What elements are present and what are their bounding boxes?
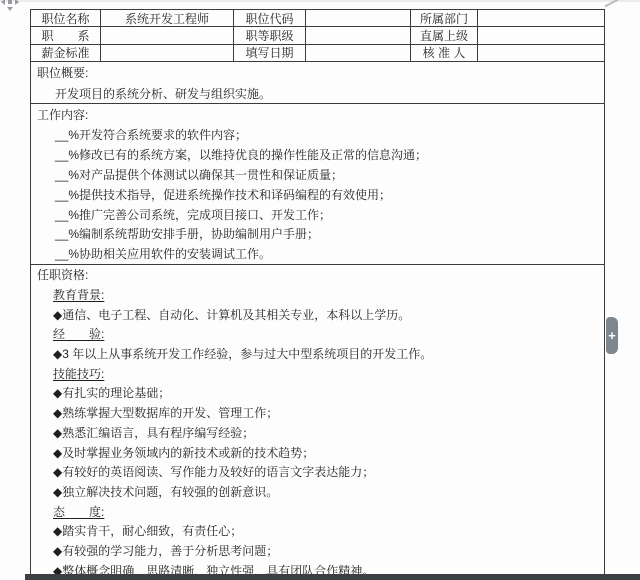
document-page: 职位名称 系统开发工程师 职位代码 所属部门 职 系 职等职级 直属上级 薪金标… [0, 0, 640, 580]
approver-label: 核 准 人 [411, 45, 478, 62]
department-field[interactable] [478, 10, 604, 27]
summary-heading: 职位概要: [31, 64, 604, 84]
qualification-item: ◆有较好的英语阅读、写作能力及较好的语言文字表达能力； [31, 463, 604, 483]
direct-superior-label: 直属上级 [411, 27, 478, 44]
attitude-subheading: 态 度: [53, 505, 104, 519]
duty-item: __%推广完善公司系统，完成项目接口、开发工作； [31, 206, 604, 226]
duties-heading: 工作内容: [31, 106, 604, 126]
qual-group-title-row: 技能技巧: [31, 365, 604, 385]
position-code-field[interactable] [306, 10, 411, 27]
plus-icon: + [608, 329, 616, 342]
salary-standard-label: 薪金标准 [31, 45, 101, 62]
fill-date-label: 填写日期 [234, 45, 306, 62]
duty-item: __%对产品提供个体测试以确保其一贯性和保证质量； [31, 166, 604, 186]
qualification-item: ◆3 年以上从事系统开发工作经验，参与过大中型系统项目的开发工作。 [31, 345, 604, 365]
duty-item: __%编制系统帮助安排手册，协助编制用户手册； [31, 225, 604, 245]
job-description-form: 职位名称 系统开发工程师 职位代码 所属部门 职 系 职等职级 直属上级 薪金标… [30, 9, 605, 579]
duty-item: __%提供技术指导，促进系统操作技术和译码编程的有效使用； [31, 186, 604, 206]
duty-item: __%开发符合系统要求的软件内容； [31, 126, 604, 146]
section-qualifications: 任职资格: 教育背景: ◆通信、电子工程、自动化、计算机及其相关专业，本科以上学… [31, 265, 604, 579]
job-grade-label: 职等职级 [234, 27, 306, 44]
position-code-label: 职位代码 [234, 10, 306, 27]
qual-group-title-row: 经 验: [31, 325, 604, 345]
qualification-item: ◆熟悉汇编语言，具有程序编写经验； [31, 424, 604, 444]
duty-item: __%修改已有的系统方案，以维持优良的操作性能及正常的信息沟通； [31, 146, 604, 166]
direct-superior-field[interactable] [478, 27, 604, 44]
page-bottom-edge [25, 574, 640, 580]
qualification-item: ◆有扎实的理论基础； [31, 384, 604, 404]
section-work-content: 工作内容: __%开发符合系统要求的软件内容； __%修改已有的系统方案，以维持… [31, 104, 604, 265]
job-series-field[interactable] [101, 27, 234, 44]
position-name-value: 系统开发工程师 [101, 10, 234, 27]
approver-field[interactable] [478, 45, 604, 62]
experience-subheading: 经 验: [53, 327, 104, 341]
header-grid: 职位名称 系统开发工程师 职位代码 所属部门 职 系 职等职级 直属上级 薪金标… [31, 10, 604, 62]
qualification-item: ◆有较强的学习能力，善于分析思考问题； [31, 542, 604, 562]
section-position-summary: 职位概要: 开发项目的系统分析、研发与组织实施。 [31, 62, 604, 104]
salary-standard-field[interactable] [101, 45, 234, 62]
page-top-edge [0, 0, 640, 2]
summary-text: 开发项目的系统分析、研发与组织实施。 [31, 84, 604, 104]
qualification-item: ◆踏实肯干，耐心细致，有责任心； [31, 522, 604, 542]
qual-group-title-row: 教育背景: [31, 286, 604, 306]
job-series-label: 职 系 [31, 27, 101, 44]
job-grade-field[interactable] [306, 27, 411, 44]
position-name-label: 职位名称 [31, 10, 101, 27]
qualification-item: ◆独立解决技术问题，有较强的创新意识。 [31, 483, 604, 503]
qual-group-title-row: 态 度: [31, 503, 604, 523]
education-subheading: 教育背景: [53, 288, 104, 302]
department-label: 所属部门 [411, 10, 478, 27]
fill-date-field[interactable] [306, 45, 411, 62]
qualification-item: ◆及时掌握业务领域内的新技术或新的技术趋势； [31, 444, 604, 464]
expand-button[interactable]: + [606, 317, 618, 354]
qualification-item: ◆通信、电子工程、自动化、计算机及其相关专业，本科以上学历。 [31, 306, 604, 326]
skills-subheading: 技能技巧: [53, 367, 104, 381]
duty-item: __%协助相关应用软件的安装调试工作。 [31, 245, 604, 265]
qualifications-heading: 任职资格: [31, 266, 604, 286]
table-move-handle-icon[interactable] [1, 0, 19, 11]
qualification-item: ◆熟练掌握大型数据库的开发、管理工作； [31, 404, 604, 424]
